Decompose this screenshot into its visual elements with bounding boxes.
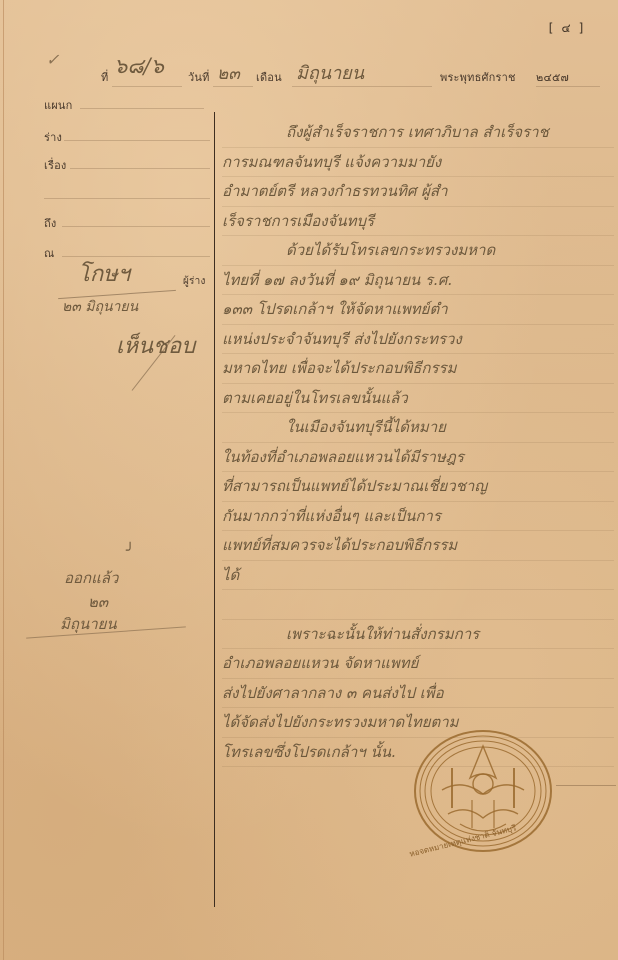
body-line: ในท้องที่อำเภอพลอยแหวนได้มีราษฎร	[222, 443, 614, 473]
body-line	[222, 590, 614, 620]
body-line: การมณฑลจันทบุรี แจ้งความมายัง	[222, 148, 614, 178]
body-line: ตามเคยอยู่ในโทรเลขนั้นแล้ว	[222, 384, 614, 414]
body-line: เร็จราชการเมืองจันทบุรี	[222, 207, 614, 237]
body-line: ด้วยได้รับโทรเลขกระทรวงมหาด	[222, 236, 614, 266]
body-line: อำมาตย์ตรี หลวงกำธรทวนทิศ ผู้สำ	[222, 177, 614, 207]
day-label: วันที่	[188, 68, 210, 86]
body-line: ส่งไปยังศาลากลาง ๓ คนส่งไป เพื่อ	[222, 679, 614, 709]
document-page: [ ๔ ] ✓ ที่ ๖๘/๖ วันที่ ๒๓ เดือน มิถุนาย…	[0, 0, 618, 960]
body-line: เพราะฉะนั้นให้ท่านสั่งกรมการ	[222, 620, 614, 650]
body-line: ไทยที่ ๑๗ ลงวันที่ ๑๙ มิถุนายน ร.ศ.	[222, 266, 614, 296]
margin-note-day: ๒๓	[88, 590, 108, 614]
month-label: เดือน	[256, 68, 282, 86]
margin-tick: ╯	[126, 543, 134, 559]
field-label-subject: เรื่อง	[44, 156, 66, 174]
field-label-draft: ร่าง	[44, 128, 62, 146]
no-label: ที่	[101, 68, 108, 86]
drafter-date-note: ๒๓ มิถุนายน	[62, 296, 138, 318]
body-line: ในเมืองจันทบุรีนี้ได้หมาย	[222, 413, 614, 443]
body-line: ถึงผู้สำเร็จราชการ เทศาภิบาล สำเร็จราช	[222, 118, 614, 148]
field-rule-subject-2	[44, 198, 210, 199]
page-number: [ ๔ ]	[547, 19, 585, 38]
body-line: กันมากกว่าที่แห่งอื่นๆ และเป็นการ	[222, 502, 614, 532]
month-value: มิถุนายน	[296, 58, 364, 87]
month-rule	[292, 86, 432, 87]
field-rule-department	[80, 108, 204, 109]
no-rule	[112, 86, 182, 87]
letter-body: ถึงผู้สำเร็จราชการ เทศาภิบาล สำเร็จราช ก…	[222, 118, 614, 767]
day-rule	[213, 86, 253, 87]
drafter-label: ผู้ร่าง	[183, 274, 206, 289]
year-value: ๒๔๕๗	[536, 68, 569, 86]
seal-line	[556, 785, 616, 786]
body-line: อำเภอพลอยแหวน จัดหาแพทย์	[222, 649, 614, 679]
field-rule-subject	[70, 168, 210, 169]
body-line: ๑๓๓ โปรดเกล้าฯ ให้จัดหาแพทย์ตำ	[222, 295, 614, 325]
field-label-to: ถึง	[44, 214, 56, 232]
era-label: พระพุทธศักราช	[440, 68, 516, 86]
body-line: แหน่งประจำจันทบุรี ส่งไปยังกระทรวง	[222, 325, 614, 355]
field-rule-draft	[64, 140, 210, 141]
field-label-department: แผนก	[44, 96, 73, 114]
no-value: ๖๘/๖	[114, 50, 164, 83]
drafter-signature: โกษฯ	[78, 256, 130, 291]
page-edge	[3, 0, 4, 960]
body-line: ได้	[222, 561, 614, 591]
column-divider	[214, 112, 215, 907]
field-rule-to	[62, 226, 210, 227]
day-value: ๒๓	[217, 60, 240, 87]
year-rule	[536, 86, 600, 87]
body-line: ที่สามารถเป็นแพทย์ได้ประมาณเชี่ยวชาญ	[222, 472, 614, 502]
body-line: แพทย์ที่สมควรจะได้ประกอบพิธีกรรม	[222, 531, 614, 561]
check-mark-icon: ✓	[46, 50, 59, 69]
field-label-at: ณ	[44, 244, 54, 262]
body-line: มหาดไทย เพื่อจะได้ประกอบพิธีกรรม	[222, 354, 614, 384]
margin-note-sent: ออกแล้ว	[64, 566, 118, 590]
